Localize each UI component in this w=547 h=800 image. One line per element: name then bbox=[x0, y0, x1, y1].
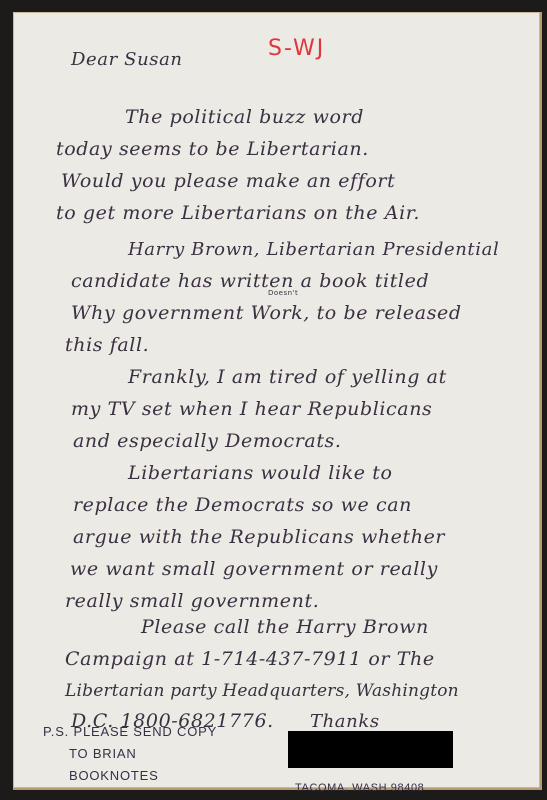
letter-line: replace the Democrats so we can bbox=[73, 496, 412, 515]
letter-line: we want small government or really bbox=[70, 560, 438, 579]
postscript-line: P.S. PLEASE SEND COPY bbox=[43, 724, 217, 739]
letter-line: my TV set when I hear Republicans bbox=[71, 400, 432, 419]
letter-line: Campaign at 1-714-437-7911 or The bbox=[65, 650, 435, 669]
salutation: Dear Susan bbox=[71, 50, 183, 69]
letter-line: Frankly, I am tired of yelling at bbox=[128, 368, 447, 387]
signature-redaction bbox=[288, 731, 453, 768]
letter-line: Please call the Harry Brown bbox=[141, 618, 429, 637]
letter-line: Libertarians would like to bbox=[128, 464, 393, 483]
letter-line: Libertarian party Headquarters, Washingt… bbox=[65, 682, 459, 701]
insertion-note: Doesn't bbox=[268, 289, 298, 297]
letter-line: and especially Democrats. bbox=[73, 432, 342, 451]
letter-line: candidate has written a book titled bbox=[71, 272, 429, 291]
letter-line: this fall. bbox=[65, 336, 149, 355]
postscript-line: TO BRIAN bbox=[69, 746, 137, 761]
closing: Thanks bbox=[310, 712, 380, 731]
letter-line: to get more Libertarians on the Air. bbox=[56, 204, 420, 223]
sender-location: TACOMA, WASH 98408 bbox=[295, 782, 424, 794]
letter-line: today seems to be Libertarian. bbox=[56, 140, 369, 159]
scan-background: Dear Susan S-WJ The political buzz word … bbox=[0, 0, 547, 800]
letter-line: The political buzz word bbox=[125, 108, 364, 127]
letter-line: Would you please make an effort bbox=[61, 172, 395, 191]
letter-line: Why government Work, to be released bbox=[71, 304, 462, 323]
letter-line: Harry Brown, Libertarian Presidential bbox=[128, 240, 499, 259]
letter-line: really small government. bbox=[65, 592, 319, 611]
red-annotation: S-WJ bbox=[268, 36, 325, 61]
letter-line: argue with the Republicans whether bbox=[73, 528, 445, 547]
postscript-line: BOOKNOTES bbox=[69, 768, 159, 783]
letter-paper: Dear Susan S-WJ The political buzz word … bbox=[13, 12, 542, 790]
